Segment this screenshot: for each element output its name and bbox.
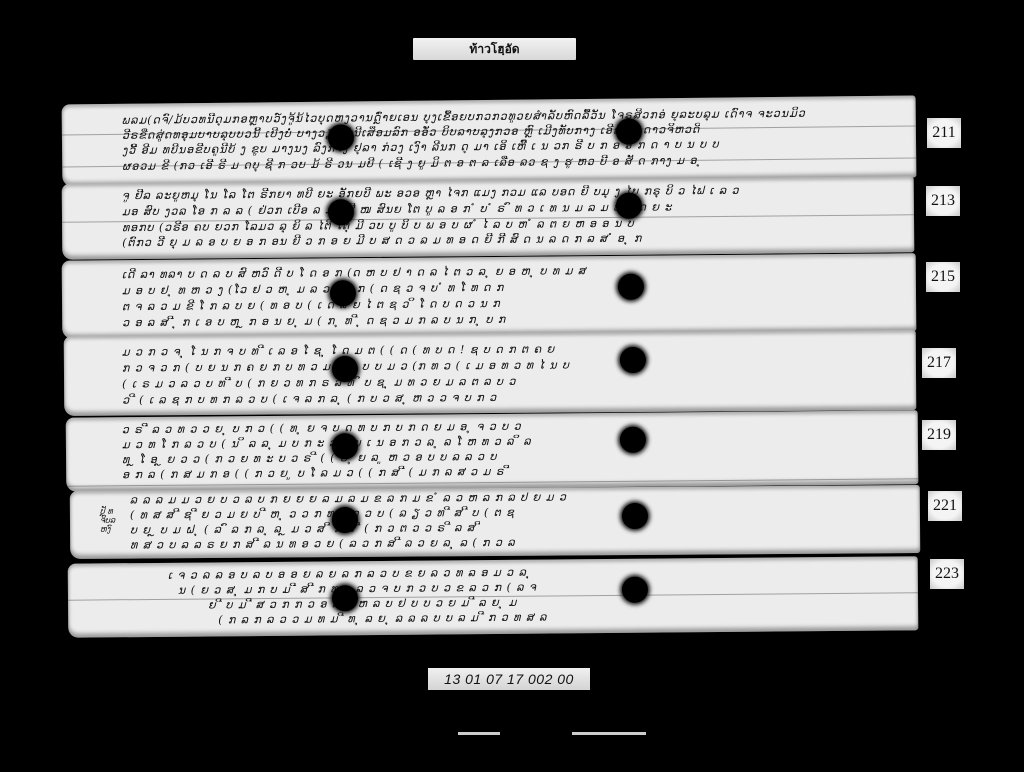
archive-code-label: 13 01 07 17 002 00 xyxy=(428,668,590,690)
script-line: ( ກ ລ ກ ລ ວ ວ ມ ທ ມ ີ ທ ຸ ລ ຍ ຸ ລ ລ ລ ບ … xyxy=(218,611,547,627)
script-line: ມ ວ ກ ວ ຈ ຸ ໂ ນ ກ ຈ ບ ທ ີ ເ ລ ອ ໂ ຊ ຸ ໂ … xyxy=(122,343,555,359)
script-line: ເດີ ລາ ທລາ ບ ດ ລ ບ ສົ ຫວົ ດີ ບ ໂ ດ ອ ກ (… xyxy=(122,264,587,281)
scan-artifact-mark xyxy=(458,732,500,735)
string-hole xyxy=(332,507,358,533)
script-line: ( ທ ສ ສ ີ ຊ ີ ຍ ວ ມ ຍ ບ ີ ຫ ຸ ວ ວ ກ ທ ລ … xyxy=(130,506,515,522)
string-hole xyxy=(616,118,642,144)
folio-number-label: 223 xyxy=(930,559,964,589)
script-line: ຈູ ຢີລ ລະຍູຫມຸ ໂນ ໂລ ໂຕ ຣີກຍາ ທບີ ຍະ ອັກ… xyxy=(122,184,740,202)
palm-leaf-folio-219: ວ ຣ ີ ລ ວ ທ ວ ວ ຍ ຸ ບ ກ ວ ( ( ທ ຸ ຍ ຈ ບ … xyxy=(66,410,919,491)
palm-leaf-folio-213: ຈູ ຢີລ ລະຍູຫມຸ ໂນ ໂລ ໂຕ ຣີກຍາ ທບີ ຍະ ອັກ… xyxy=(62,176,915,259)
folio-number-label: 211 xyxy=(927,118,961,148)
manuscript-title-text: ท้าวโฮฺอัด xyxy=(469,40,519,59)
string-hole xyxy=(332,585,358,611)
string-hole xyxy=(330,280,356,306)
string-hole xyxy=(622,503,648,529)
palm-leaf-folio-215: ເດີ ລາ ທລາ ບ ດ ລ ບ ສົ ຫວົ ດີ ບ ໂ ດ ອ ກ (… xyxy=(62,253,917,338)
folio-number: 213 xyxy=(931,192,955,210)
folio-number-label: 213 xyxy=(926,186,960,216)
folio-number: 221 xyxy=(933,497,957,515)
folio-number: 223 xyxy=(935,565,959,583)
script-line: ວ ອ ລ ສ ີ ຸ ກ ເ ອ ບ ຫ ຼ ກ ອ ນ ຍ ຸ ມ ( ກ … xyxy=(122,313,506,329)
string-hole xyxy=(620,347,646,373)
folio-number: 215 xyxy=(931,268,955,286)
margin-note-line: ປຼັ ທ xyxy=(100,507,115,516)
string-hole xyxy=(622,577,648,603)
string-hole xyxy=(328,199,354,225)
folio-number-label: 215 xyxy=(926,262,960,292)
script-line: ວ ຣ ີ ລ ວ ທ ວ ວ ຍ ຸ ບ ກ ວ ( ( ທ ຸ ຍ ຈ ບ … xyxy=(122,420,522,436)
folio-number: 219 xyxy=(927,426,951,444)
script-line: ເ ຈ ວ ລ ລ ອ ບ ລ ບ ອ ອ ຍ ລ ຍ ລ ກ ລ ວ ບ ຂ … xyxy=(168,566,532,582)
folio-number: 211 xyxy=(932,124,955,142)
scan-artifact-mark xyxy=(572,732,646,735)
script-line: ທ ຼ ໂ ອ ຼ ຍ ວ ວ ( ກ ວ ຍ ທ ະ ບ ວ ຣ ີ ( ( … xyxy=(122,450,498,466)
string-hole xyxy=(620,427,646,453)
string-hole xyxy=(618,274,644,300)
script-line: ທ ສ ວ ບ ລ ລ ຣ ຍ ກ ສ ີ ລ ນ ທ ອ ວ ຍ ( ລ ວ … xyxy=(130,536,516,552)
folio-number-label: 219 xyxy=(922,420,956,450)
string-hole xyxy=(328,124,354,150)
script-line: ລ ລ ລ ມ ມ ວ ຍ ບ ວ ລ ບ ກ ຍ ຍ ຍ ລ ມ ລ ມ ຂ … xyxy=(130,490,567,506)
script-line: ( ເ ຣ ມ ວ ລ ວ ບ ທ ີ ບ ( ກ ຍ ວ ທ ກ ຣ ລ ທ … xyxy=(122,375,517,391)
script-line: ມ ອ ບ ຢ ຸ ທ ຫ ວ ງ (ໂວ ຢ ວ ຫ ຸ ມ ລ ວ ລ ເ … xyxy=(122,281,505,297)
folio-number: 217 xyxy=(927,354,951,372)
script-line: ຕ ຈ ລ ວ ມ ຂີ ໂ ກ ລ ບ ຍ ( ທ ອ ບ ( ເ ດ ລ ຍ… xyxy=(122,297,501,313)
palm-leaf-folio-211: ພລມ(ດຈົ/ມ້ບວທນີດຸມກອຫຼາບວ໌ງຈູ້ນ້ໄວບຸດຫງວ… xyxy=(62,96,917,187)
archive-code-text: 13 01 07 17 002 00 xyxy=(444,671,574,687)
manuscript-title-label: ท้าวโฮฺอัด xyxy=(413,38,576,60)
script-line: ວ ີ ( ເ ລ ຊ ກ ບ ທ ກ ລ ວ ບ ( ເ ຈ ລ ກ ລ ຸ … xyxy=(122,391,497,407)
script-line: ອ ກ ລ ( ກ ສ ມ ກ ອ ( ( ກ ວ ຍ ູ ບ ໂ ລ ມ ວ … xyxy=(122,465,509,481)
script-line: ບ ຍ ຼ ບ ມ ຝ ຸ ( ລ ົ ລ ກ ລ ຸ ລ ຼ ມ ວ ສ ີ … xyxy=(130,521,480,536)
string-hole xyxy=(616,193,642,219)
string-hole xyxy=(332,433,358,459)
palm-leaf-folio-217: ມ ວ ກ ວ ຈ ຸ ໂ ນ ກ ຈ ບ ທ ີ ເ ລ ອ ໂ ຊ ຸ ໂ … xyxy=(64,330,917,416)
script-line: ມ ວ ທ ໂ ກ ລ ວ ບ ( ນ ິ ລ ລ ຸ ມ ບ ກ ະ ວ ອ … xyxy=(122,435,532,452)
script-line: ຍ ີ ບ ມ ີ ສ ວ ກ ກ ວ ອ ລ ມ ຫ ລ ບ ຢ ບ ບ ວ … xyxy=(208,596,517,612)
palm-leaf-folio-223: ເ ຈ ວ ລ ລ ອ ບ ລ ບ ອ ອ ຍ ລ ຍ ລ ກ ລ ວ ບ ຂ … xyxy=(68,556,919,637)
script-line: ຜອວມ ຂີ (ກວ ເອີ ຣີ ມ ດບຸ ຊີ ກ ວບ ມ້ ຣີ ວ… xyxy=(122,154,702,173)
folio-number-label: 221 xyxy=(928,491,962,521)
script-line: (ຕົກວ ວີ ຍຸ ມ ລ ອ ບ ຍ ອ ກ ອນ ຍີ ວ ກ ອ ຍ … xyxy=(122,232,642,250)
palm-leaf-folio-221: ປຼັ ທ ຈິບລ ຫງົ ລ ລ ລ ມ ມ ວ ຍ ບ ວ ລ ບ ກ ຍ… xyxy=(70,485,920,559)
margin-note-line: ຫງົ xyxy=(100,525,115,534)
margin-note-line: ຈິບລ xyxy=(100,516,115,525)
string-hole xyxy=(332,356,358,382)
folio-number-label: 217 xyxy=(922,348,956,378)
margin-note: ປຼັ ທ ຈິບລ ຫງົ xyxy=(100,507,115,534)
script-line: ມອ ສົບ ງວລ ໂອ ກ ລ ລ ( ຢ່ວກ ເບີອ ລ ມຈ ສີ … xyxy=(122,200,673,218)
script-line: ພລມ(ດຈົ/ມ້ບວທນີດຸມກອຫຼາບວ໌ງຈູ້ນ້ໄວບຸດຫງວ… xyxy=(122,107,806,127)
